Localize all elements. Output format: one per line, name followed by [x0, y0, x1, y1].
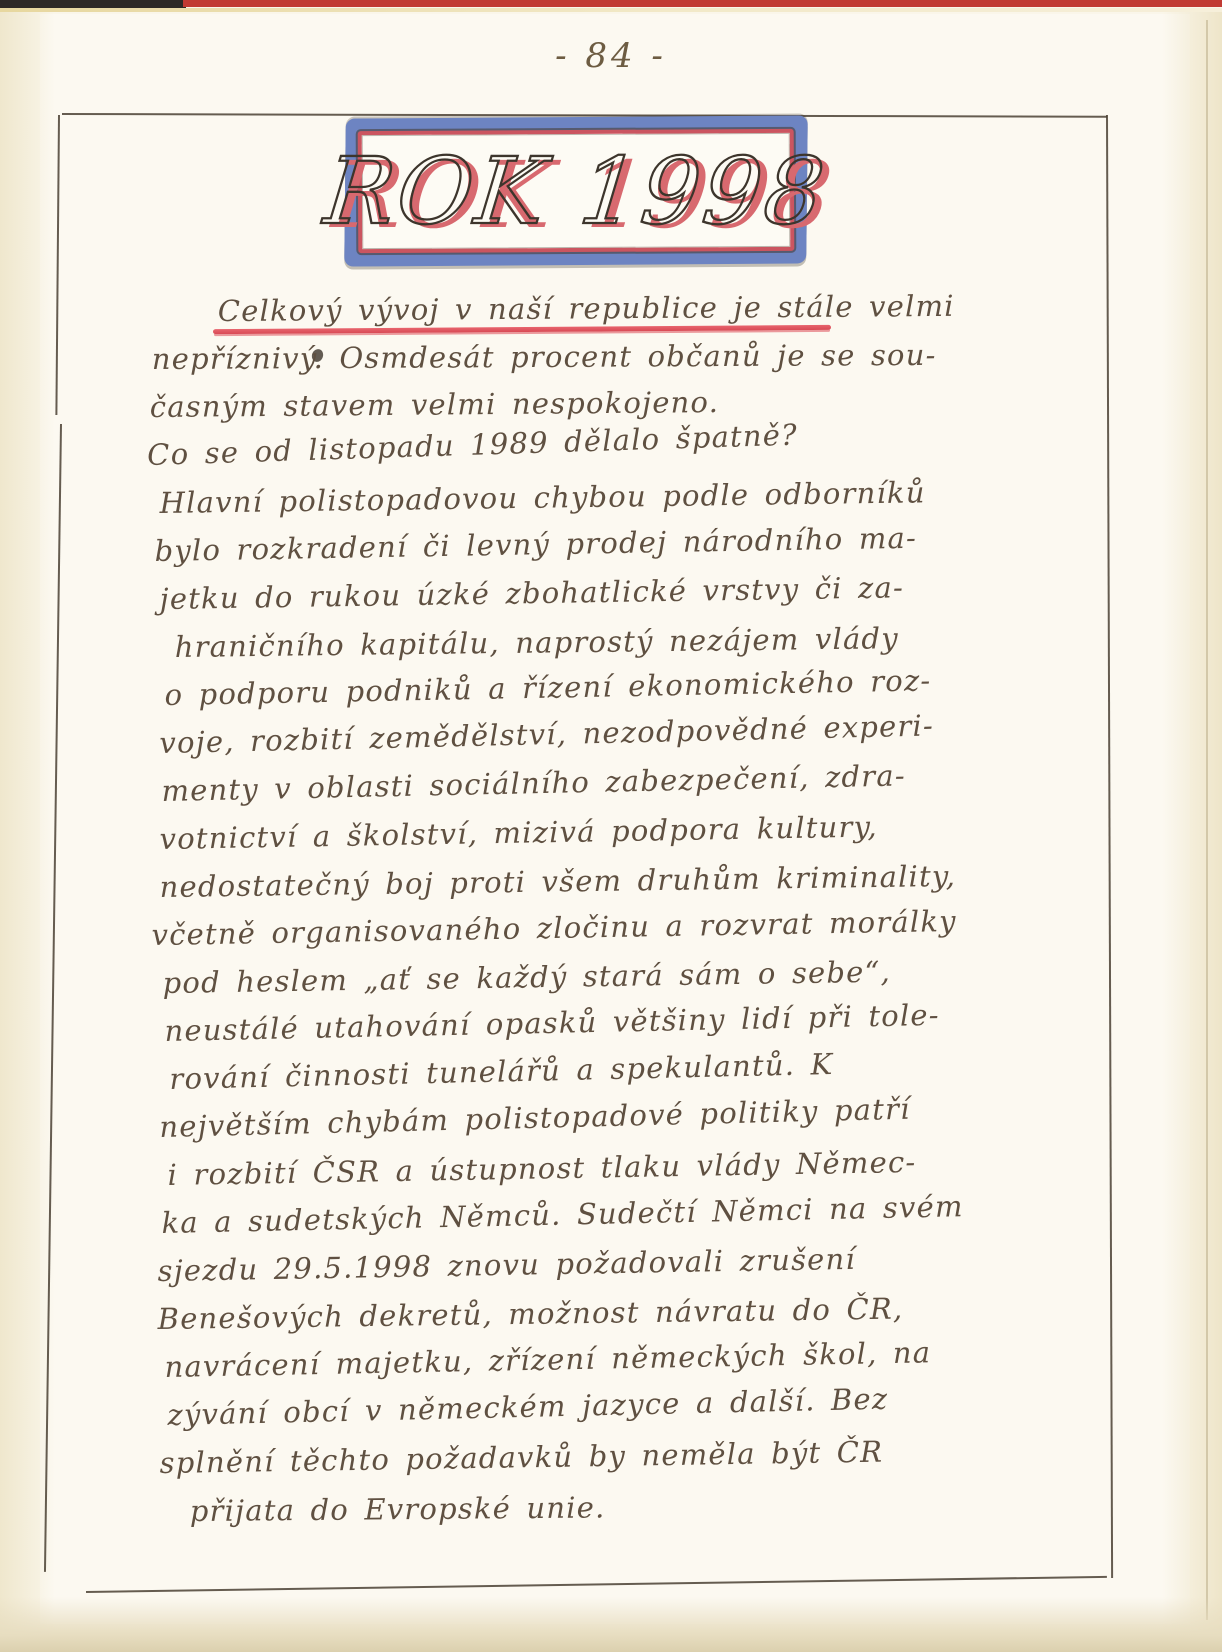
handwritten-text-block: Celkový vývoj v naší republice je stále … [150, 287, 1090, 1535]
book-binding-red-strip [183, 0, 1222, 7]
year-title-box: ROK 1998 ROK 1998 [345, 117, 807, 265]
handwritten-line: přijata do Evropské unie. [190, 1479, 1090, 1535]
handwritten-line: Celkový vývoj v naší republice je stále … [218, 281, 1090, 335]
page-top-edge [0, 8, 1222, 12]
page-number: - 84 - [0, 36, 1222, 76]
page-bottom-shadow [0, 1597, 1222, 1652]
page-right-shadow [1162, 12, 1222, 1652]
year-title: ROK 1998 [337, 117, 815, 265]
page-edge-line [1206, 20, 1208, 1620]
